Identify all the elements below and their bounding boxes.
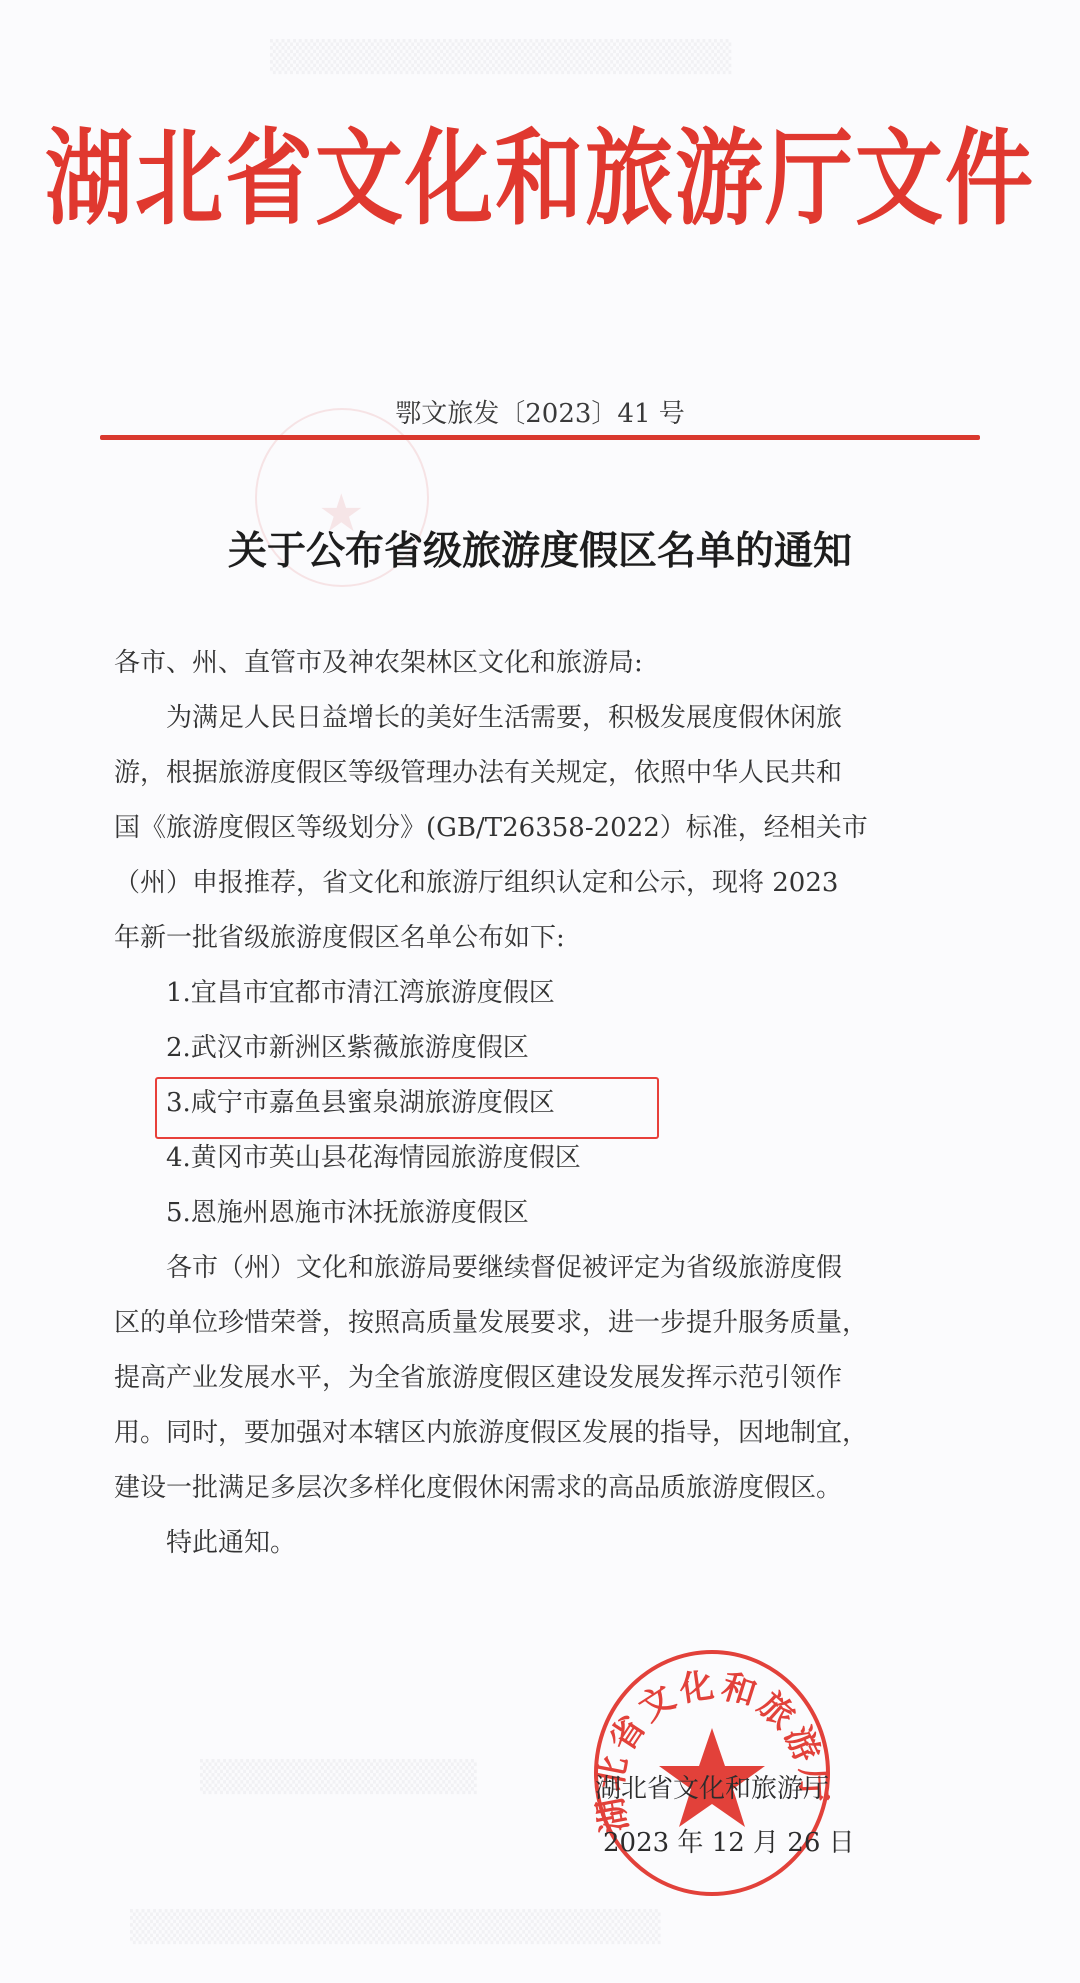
intro-line: 年新一批省级旅游度假区名单公布如下: bbox=[114, 911, 565, 966]
sign-off: 特此通知。 bbox=[166, 1516, 296, 1571]
resort-list-item: 4.黄冈市英山县花海情园旅游度假区 bbox=[166, 1131, 581, 1186]
issuer-signature: 湖北省文化和旅游厅 bbox=[595, 1768, 829, 1805]
closing-line: 各市（州）文化和旅游局要继续督促被评定为省级旅游度假 bbox=[166, 1241, 842, 1296]
bleed-through-text: ▒▒▒▒▒▒▒▒▒▒▒▒▒▒▒▒▒▒▒▒ bbox=[270, 40, 731, 75]
issue-date: 2023 年 12 月 26 日 bbox=[603, 1822, 855, 1859]
red-divider-rule bbox=[100, 435, 980, 440]
closing-line: 提高产业发展水平，为全省旅游度假区建设发展发挥示范引领作 bbox=[114, 1351, 842, 1406]
closing-line: 区的单位珍惜荣誉，按照高质量发展要求，进一步提升服务质量， bbox=[114, 1296, 868, 1351]
document-header-title: 湖北省文化和旅游厅文件 bbox=[0, 119, 1080, 237]
resort-list-item: 2.武汉市新洲区紫薇旅游度假区 bbox=[166, 1021, 529, 1076]
bleed-through-text: ▒▒▒▒▒▒▒▒▒▒▒▒▒▒▒▒▒▒▒▒▒▒▒ bbox=[130, 1910, 661, 1945]
intro-line: 游，根据旅游度假区等级管理办法有关规定，依照中华人民共和 bbox=[114, 746, 842, 801]
resort-list-item: 1.宜昌市宜都市清江湾旅游度假区 bbox=[166, 966, 555, 1021]
closing-line: 建设一批满足多层次多样化度假休闲需求的高品质旅游度假区。 bbox=[114, 1461, 842, 1516]
intro-line: 为满足人民日益增长的美好生活需要，积极发展度假休闲旅 bbox=[166, 691, 842, 746]
intro-line: （州）申报推荐，省文化和旅游厅组织认定和公示，现将 2023 bbox=[114, 856, 838, 911]
closing-line: 用。同时，要加强对本辖区内旅游度假区发展的指导，因地制宜， bbox=[114, 1406, 868, 1461]
document-number: 鄂文旅发〔2023〕41 号 bbox=[0, 393, 1080, 430]
bleed-through-text: ▒▒▒▒▒▒▒▒▒▒▒▒ bbox=[200, 1760, 477, 1795]
notice-title: 关于公布省级旅游度假区名单的通知 bbox=[0, 520, 1080, 576]
addressee: 各市、州、直管市及神农架林区文化和旅游局: bbox=[114, 636, 643, 691]
highlight-box bbox=[155, 1077, 659, 1139]
intro-line: 国《旅游度假区等级划分》(GB/T26358-2022）标准，经相关市 bbox=[114, 801, 868, 856]
resort-list-item: 5.恩施州恩施市沐抚旅游度假区 bbox=[166, 1186, 529, 1241]
